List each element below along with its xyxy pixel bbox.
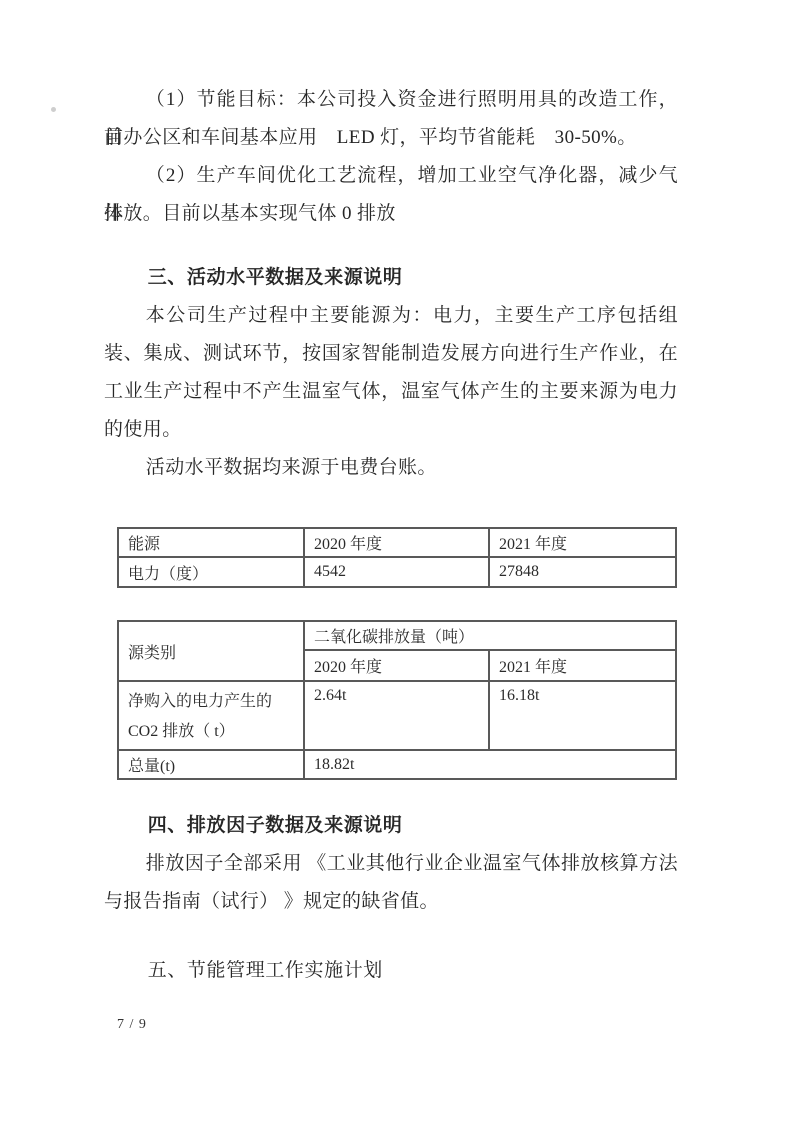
section5-heading: 五、节能管理工作实施计划: [104, 952, 678, 990]
text-line: 排放因子全部采用 《工业其他行业企业温室气体排放核算方法: [104, 845, 678, 883]
table-cell: 2021 年度: [489, 528, 676, 557]
text-line: 排放。目前以基本实现气体 0 排放: [104, 195, 678, 233]
section3-paragraph: 本公司生产过程中主要能源为：电力，主要生产工序包括组 装、集成、测试环节，按国家…: [104, 297, 678, 487]
cell-line: CO2 排放（ t）: [128, 717, 294, 747]
text-line: 本公司生产过程中主要能源为：电力，主要生产工序包括组: [104, 297, 678, 335]
section4-heading: 四、排放因子数据及来源说明: [104, 807, 678, 845]
table-row: 能源 2020 年度 2021 年度: [118, 528, 676, 557]
table-cell: 18.82t: [304, 750, 676, 779]
table-cell: 2021 年度: [489, 650, 676, 681]
text-line: （2）生产车间优化工艺流程，增加工业空气净化器，减少气体: [104, 157, 678, 195]
section4-paragraph: 排放因子全部采用 《工业其他行业企业温室气体排放核算方法 与报告指南（试行） 》…: [104, 845, 678, 921]
table-cell: 电力（度）: [118, 557, 304, 587]
table-cell: 2020 年度: [304, 528, 489, 557]
table-row: 净购入的电力产生的 CO2 排放（ t） 2.64t 16.18t: [118, 681, 676, 750]
section3-heading: 三、活动水平数据及来源说明: [104, 259, 678, 297]
table-cell: 4542: [304, 557, 489, 587]
table-cell: 2.64t: [304, 681, 489, 750]
table-cell: 源类别: [118, 621, 304, 681]
table-cell: 27848: [489, 557, 676, 587]
table-cell: 净购入的电力产生的 CO2 排放（ t）: [118, 681, 304, 750]
page-number: 7 / 9: [117, 1017, 147, 1033]
table-row: 源类别 二氧化碳排放量（吨）: [118, 621, 676, 650]
emission-table: 源类别 二氧化碳排放量（吨） 2020 年度 2021 年度 净购入的电力产生的…: [117, 620, 677, 780]
table-row: 电力（度） 4542 27848: [118, 557, 676, 587]
table-cell: 能源: [118, 528, 304, 557]
text-line: 装、集成、测试环节，按国家智能制造发展方向进行生产作业，在: [104, 335, 678, 373]
text-line: 的使用。: [104, 411, 678, 449]
energy-table: 能源 2020 年度 2021 年度 电力（度） 4542 27848: [117, 527, 677, 588]
table-row: 总量(t) 18.82t: [118, 750, 676, 779]
scan-artifact-dot: [51, 107, 56, 112]
text-line: 前办公区和车间基本应用 LED 灯，平均节省能耗 30-50%。: [104, 119, 678, 157]
text-line: 活动水平数据均来源于电费台账。: [104, 449, 678, 487]
document-content: （1）节能目标：本公司投入资金进行照明用具的改造工作，目 前办公区和车间基本应用…: [104, 81, 678, 990]
table-cell: 16.18t: [489, 681, 676, 750]
table-cell: 2020 年度: [304, 650, 489, 681]
intro-paragraph: （1）节能目标：本公司投入资金进行照明用具的改造工作，目 前办公区和车间基本应用…: [104, 81, 678, 233]
table-cell: 总量(t): [118, 750, 304, 779]
cell-line: 净购入的电力产生的: [128, 687, 294, 717]
table-cell: 二氧化碳排放量（吨）: [304, 621, 676, 650]
text-line: 与报告指南（试行） 》规定的缺省值。: [104, 883, 678, 921]
text-line: （1）节能目标：本公司投入资金进行照明用具的改造工作，目: [104, 81, 678, 119]
text-line: 工业生产过程中不产生温室气体，温室气体产生的主要来源为电力: [104, 373, 678, 411]
document-page: （1）节能目标：本公司投入资金进行照明用具的改造工作，目 前办公区和车间基本应用…: [0, 0, 800, 1131]
